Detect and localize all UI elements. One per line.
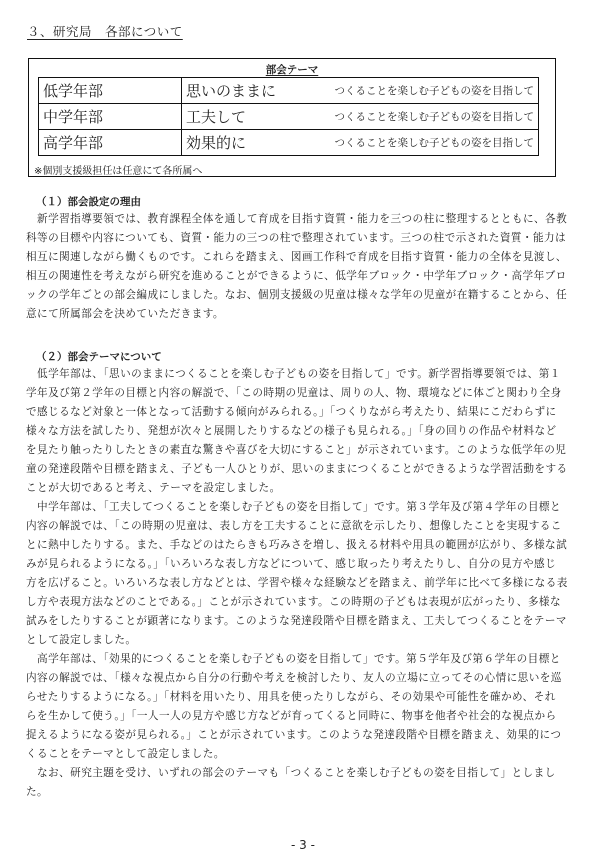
theme-box-title-text: 部会テーマ (266, 64, 319, 76)
body-line: ことが大切であると考え、テーマを設定しました。 (26, 479, 581, 498)
body-line: 捉えるようになる姿が見られる。」ことが示されています。このような発達段階や目標を… (26, 726, 581, 745)
body-line: 学年及び第２学年の目標と内容の解説で、「この時期の児童は、周りの人、物、環境など… (26, 384, 581, 403)
section1-body: 新学習指導要領では、教育課程全体を通して育成を目指す資質・能力を三つの柱に整理す… (26, 210, 581, 324)
theme-box-title: 部会テーマ (29, 62, 555, 77)
body-line: し方や表現方法などのことである。」ことが示されています。この時期の子どもは表現が… (26, 593, 581, 612)
dept-name: 低学年部 (39, 78, 182, 104)
body-line: た。 (26, 783, 581, 802)
body-line: ックの学年ごとの部会編成にしました。なお、個別支援級の児童は様々な学年の児童が在… (26, 286, 581, 305)
theme-row-lower: 低学年部 思いのままに つくることを楽しむ子どもの姿を目指して (39, 78, 539, 104)
theme-cell: 効果的に つくることを楽しむ子どもの姿を目指して (182, 130, 539, 156)
body-line: で感じるなど対象と一体となって活動する傾向がみられる。」「つくりながら考えたり、… (26, 403, 581, 422)
theme-box-note: ※個別支援級担任は任意にて各所属へ (34, 162, 202, 177)
body-line: 中学年部は、「工夫してつくることを楽しむ子どもの姿を目指して」です。第３学年及び… (26, 498, 581, 517)
theme-cell: 思いのままに つくることを楽しむ子どもの姿を目指して (182, 78, 539, 104)
theme-row-upper: 高学年部 効果的に つくることを楽しむ子どもの姿を目指して (39, 130, 539, 156)
body-line: 方を広げること。いろいろな表し方などとは、学習や様々な経験などを踏まえ、前学年に… (26, 574, 581, 593)
theme-keyword: 工夫して (186, 106, 314, 127)
body-line: 科等の目標や内容についても、資質・能力の三つの柱で整理されています。三つの柱で示… (26, 229, 581, 248)
theme-suffix: つくることを楽しむ子どもの姿を目指して (335, 135, 535, 150)
body-line: 相互の関連性を考えながら研究を進めることができるように、低学年ブロック・中学年ブ… (26, 267, 581, 286)
theme-keyword: 思いのままに (186, 80, 314, 101)
body-line: らせたりするようになる。」「材料を用いたり、用具を使ったりしながら、その効果や可… (26, 688, 581, 707)
body-line: 童の発達段階や目標を踏まえ、子ども一人ひとりが、思いのままにつくることができるよ… (26, 460, 581, 479)
body-line: 意にて所属部会を決めていただきます。 (26, 305, 581, 324)
body-line: 様々な方法を試したり、発想が次々と展開したりするなどの様子も見られる。」「身の回… (26, 422, 581, 441)
body-line: 試みをしたりすることが顕著になります。このような発達段階や目標を踏まえ、工夫して… (26, 612, 581, 631)
theme-keyword: 効果的に (186, 132, 314, 153)
section1-heading: （１）部会設定の理由 (36, 194, 141, 209)
body-line: らを生かして使う。」「一人一人の見方や感じ方などが育ってくると同時に、物事を他者… (26, 707, 581, 726)
body-line: なお、研究主題を受け、いずれの部会のテーマも「つくることを楽しむ子どもの姿を目指… (26, 764, 581, 783)
dept-name: 中学年部 (39, 104, 182, 130)
theme-suffix: つくることを楽しむ子どもの姿を目指して (335, 109, 535, 124)
theme-box: 部会テーマ 低学年部 思いのままに つくることを楽しむ子どもの姿を目指して 中学… (28, 58, 556, 177)
body-line: 内容の解説では、「この時期の児童は、表し方を工夫することに意欲を示したり、想像し… (26, 517, 581, 536)
theme-table: 低学年部 思いのままに つくることを楽しむ子どもの姿を目指して 中学年部 工夫し… (38, 77, 539, 156)
body-line: 内容の解説では、「様々な視点から自分の行動や考えを検討したり、友人の立場に立って… (26, 669, 581, 688)
theme-cell: 工夫して つくることを楽しむ子どもの姿を目指して (182, 104, 539, 130)
section2-heading: （２）部会テーマについて (36, 349, 162, 364)
body-line: くることをテーマとして設定しました。 (26, 745, 581, 764)
body-line: を見たり触ったりしたときの素直な驚きや喜びを大切にすること」が示されています。こ… (26, 441, 581, 460)
body-line: 高学年部は、「効果的につくることを楽しむ子どもの姿を目指して」です。第５学年及び… (26, 650, 581, 669)
body-line: みが見られるようになる。」「いろいろな表し方などについて、感じ取ったり考えたりし… (26, 555, 581, 574)
body-line: 相互に関連しながら働くものです。これらを踏まえ、図画工作科で育成を目指す資質・能… (26, 248, 581, 267)
body-line: 新学習指導要領では、教育課程全体を通して育成を目指す資質・能力を三つの柱に整理す… (26, 210, 581, 229)
page-heading: ３、研究局 各部について (27, 22, 183, 40)
body-line: とに熱中したりする。また、手などのはたらきも巧みさを増し、扱える材料や用具の範囲… (26, 536, 581, 555)
section2-body: 低学年部は、「思いのままにつくることを楽しむ子どもの姿を目指して」です。新学習指… (26, 365, 581, 802)
body-line: として設定しました。 (26, 631, 581, 650)
page-number: - 3 - (0, 838, 606, 852)
body-line: 低学年部は、「思いのままにつくることを楽しむ子どもの姿を目指して」です。新学習指… (26, 365, 581, 384)
dept-name: 高学年部 (39, 130, 182, 156)
theme-suffix: つくることを楽しむ子どもの姿を目指して (335, 83, 535, 98)
theme-row-middle: 中学年部 工夫して つくることを楽しむ子どもの姿を目指して (39, 104, 539, 130)
